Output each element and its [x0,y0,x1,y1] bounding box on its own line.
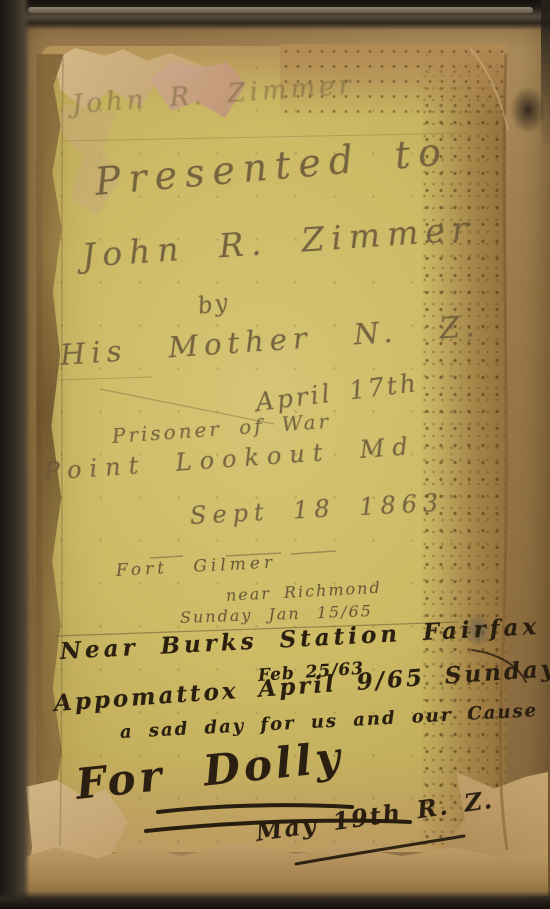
leather-binding-bottom [0,891,550,909]
spine-ridge-highlight [28,7,533,13]
book-flyleaf-photo: John R. Zimmer Presented to John R. Zimm… [0,0,550,909]
handwriting-by: by [196,290,231,320]
leather-binding-left [0,0,30,909]
leather-binding-top [0,0,550,30]
dark-right-edge [541,0,550,150]
